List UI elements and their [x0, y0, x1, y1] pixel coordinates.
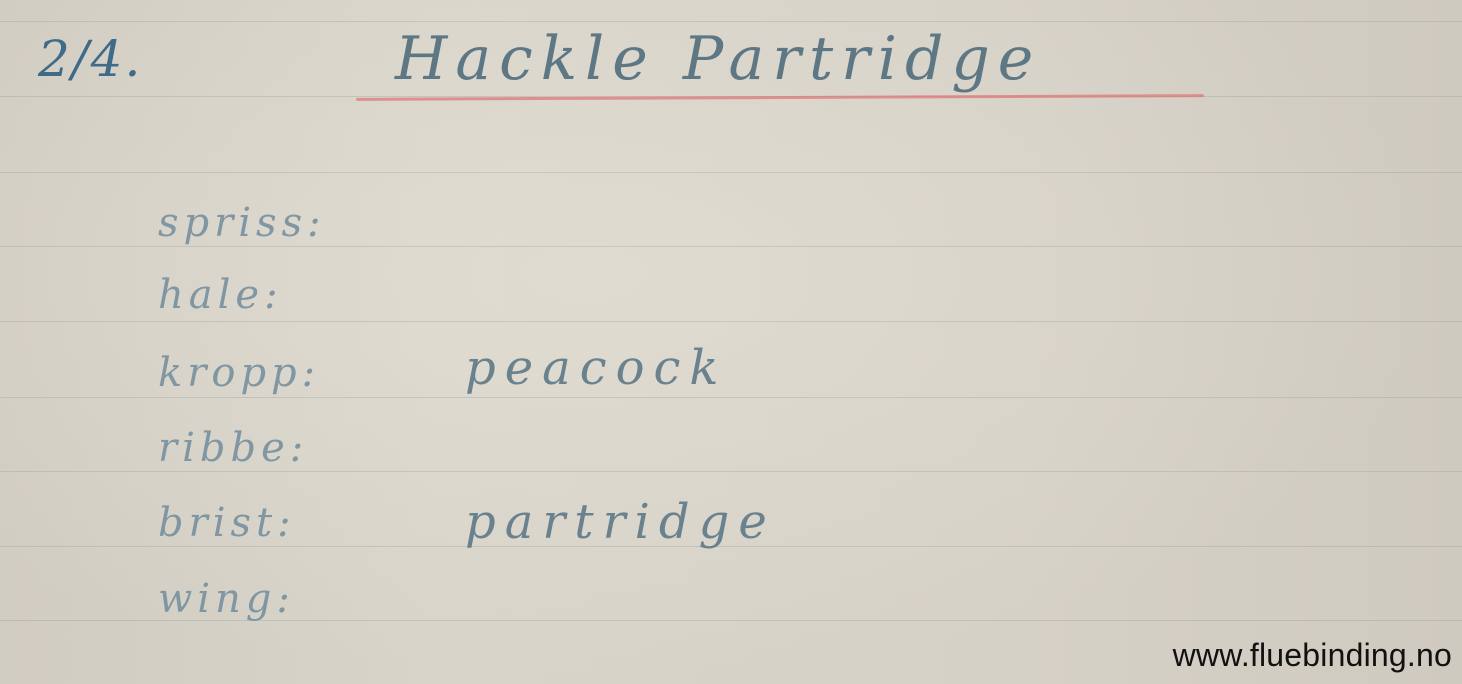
field-value-kropp: peacock: [465, 340, 728, 396]
notebook-page: 2/4. Hackle Partridge spriss: hale: krop…: [0, 0, 1462, 684]
ruled-line: [0, 321, 1462, 322]
entry-number: 2/4.: [38, 30, 142, 88]
ruled-line: [0, 172, 1462, 173]
field-label-hale: hale:: [158, 272, 283, 318]
field-value-brist: partridge: [465, 494, 776, 550]
ruled-line: [0, 471, 1462, 472]
ruled-line: [0, 246, 1462, 247]
watermark-link: www.fluebinding.no: [1173, 637, 1452, 674]
field-label-ribbe: ribbe:: [158, 425, 308, 471]
field-label-wing: wing:: [158, 576, 295, 622]
ruled-line: [0, 21, 1462, 22]
ruled-line: [0, 397, 1462, 398]
field-label-spriss: spriss:: [158, 200, 326, 246]
field-label-brist: brist:: [158, 500, 296, 546]
page-title: Hackle Partridge: [395, 24, 1041, 94]
field-label-kropp: kropp:: [158, 350, 320, 396]
